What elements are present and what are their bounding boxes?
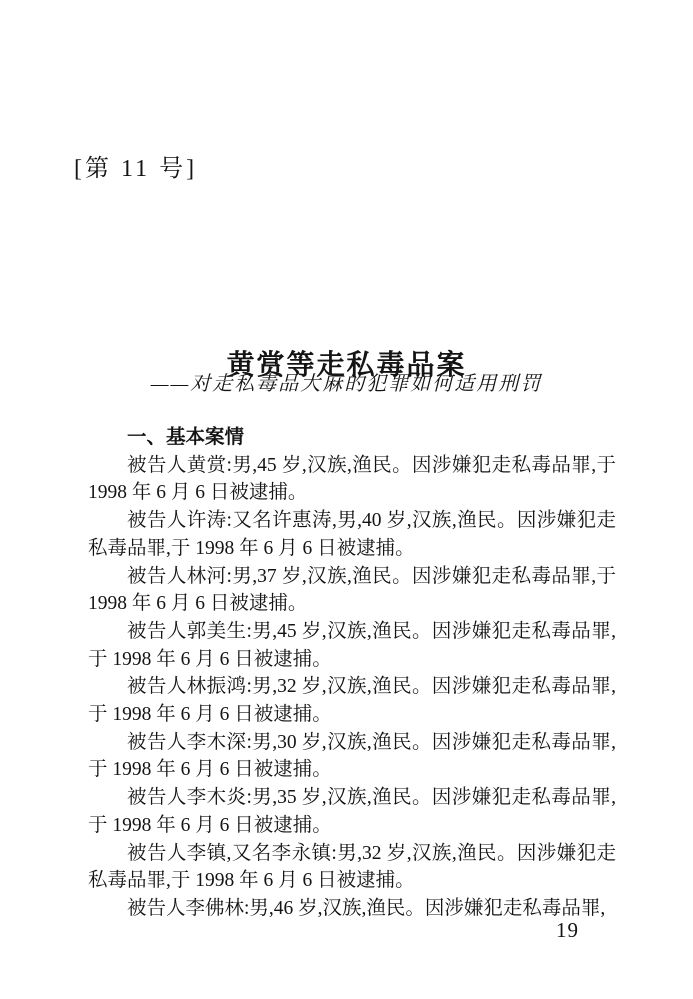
case-number-label: [第 11 号] bbox=[74, 148, 197, 183]
defendant-paragraph: 被告人李镇,又名李永镇:男,32 岁,汉族,渔民。因涉嫌犯走私毒品罪,于 199… bbox=[88, 840, 616, 895]
defendant-paragraph: 被告人黄赏:男,45 岁,汉族,渔民。因涉嫌犯走私毒品罪,于 1998 年 6 … bbox=[88, 452, 616, 507]
defendant-paragraph: 被告人许涛:又名许惠涛,男,40 岁,汉族,渔民。因涉嫌犯走私毒品罪,于 199… bbox=[88, 507, 616, 562]
defendant-paragraph: 被告人林振鸿:男,32 岁,汉族,渔民。因涉嫌犯走私毒品罪,于 1998 年 6… bbox=[88, 673, 616, 728]
defendant-paragraph: 被告人郭美生:男,45 岁,汉族,渔民。因涉嫌犯走私毒品罪,于 1998 年 6… bbox=[88, 618, 616, 673]
defendant-paragraph: 被告人李佛林:男,46 岁,汉族,渔民。因涉嫌犯走私毒品罪, bbox=[88, 895, 616, 923]
book-page: [第 11 号] 黄赏等走私毒品案 ——对走私毒品大麻的犯罪如何适用刑罚 一、基… bbox=[0, 0, 693, 999]
section-heading-basic-facts: 一、基本案情 bbox=[88, 424, 616, 452]
page-number: 19 bbox=[556, 918, 579, 943]
case-subtitle: ——对走私毒品大麻的犯罪如何适用刑罚 bbox=[0, 367, 693, 396]
defendant-paragraph: 被告人李木深:男,30 岁,汉族,渔民。因涉嫌犯走私毒品罪,于 1998 年 6… bbox=[88, 729, 616, 784]
defendant-paragraph: 被告人林河:男,37 岁,汉族,渔民。因涉嫌犯走私毒品罪,于 1998 年 6 … bbox=[88, 563, 616, 618]
defendant-paragraph: 被告人李木炎:男,35 岁,汉族,渔民。因涉嫌犯走私毒品罪,于 1998 年 6… bbox=[88, 784, 616, 839]
case-body: 一、基本案情 被告人黄赏:男,45 岁,汉族,渔民。因涉嫌犯走私毒品罪,于 19… bbox=[88, 424, 616, 923]
